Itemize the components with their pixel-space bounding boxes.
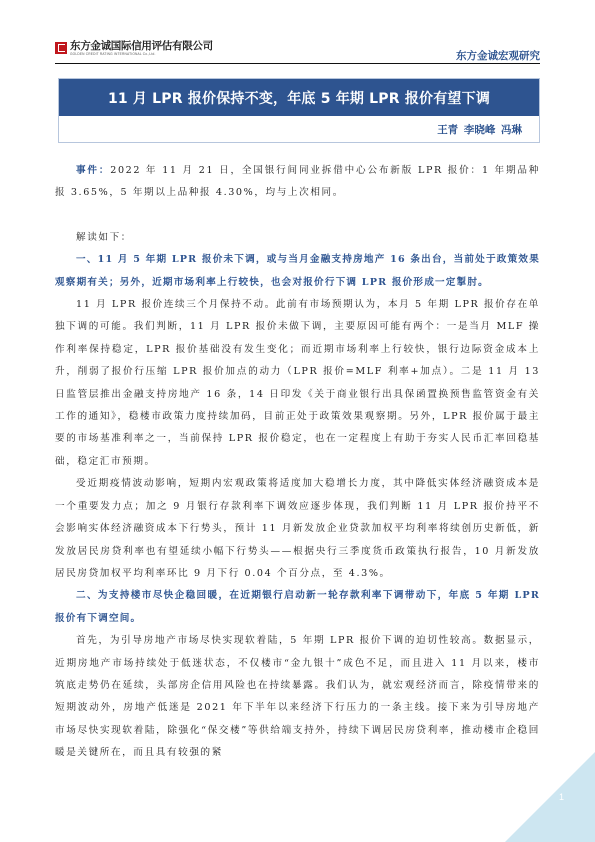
series-brand: 东方金诚宏观研究 <box>456 48 540 63</box>
report-body: 事件：2022 年 11 月 21 日，全国银行间同业拆借中心公布新版 LPR … <box>55 160 540 765</box>
report-title: 11 月 LPR 报价保持不变，年底 5 年期 LPR 报价有望下调 <box>59 79 539 116</box>
logo-mark-icon <box>55 42 67 54</box>
page-header: 东方金诚国际信用评估有限公司 GOLDEN CREDIT RATING INTE… <box>55 36 540 64</box>
event-label: 事件： <box>76 165 110 176</box>
section-2-paragraph-1: 首先，为引导房地产市场尽快实现软着陆，5 年期 LPR 报价下调的迫切性较高。数… <box>55 630 540 764</box>
authors: 王青 李晓峰 冯琳 <box>59 116 539 143</box>
section-2-heading: 二、为支持楼市尽快企稳回暖，在近期银行启动新一轮存款利率下调带动下，年底 5 年… <box>55 585 540 630</box>
event-paragraph: 事件：2022 年 11 月 21 日，全国银行间同业拆借中心公布新版 LPR … <box>55 160 540 205</box>
page-corner-decoration <box>505 752 595 842</box>
section-1-paragraph-2: 受近期疫情波动影响，短期内宏观政策将适度加大稳增长力度，其中降低实体经济融资成本… <box>55 473 540 585</box>
company-name-en: GOLDEN CREDIT RATING INTERNATIONAL Co.,L… <box>70 52 213 56</box>
page-number: 1 <box>559 792 564 802</box>
title-box: 11 月 LPR 报价保持不变，年底 5 年期 LPR 报价有望下调 王青 李晓… <box>58 78 540 143</box>
section-1-heading: 一、11 月 5 年期 LPR 报价未下调，或与当月金融支持房地产 16 条出台… <box>55 249 540 294</box>
event-text: 2022 年 11 月 21 日，全国银行间同业拆借中心公布新版 LPR 报价：… <box>55 165 540 198</box>
company-name-cn: 东方金诚国际信用评估有限公司 <box>70 41 213 52</box>
header-divider <box>55 63 540 64</box>
intro-text: 解读如下： <box>55 227 540 249</box>
spacer <box>55 205 540 227</box>
company-logo: 东方金诚国际信用评估有限公司 GOLDEN CREDIT RATING INTE… <box>55 41 213 56</box>
section-1-paragraph-1: 11 月 LPR 报价连续三个月保持不动。此前有市场预期认为，本月 5 年期 L… <box>55 294 540 473</box>
